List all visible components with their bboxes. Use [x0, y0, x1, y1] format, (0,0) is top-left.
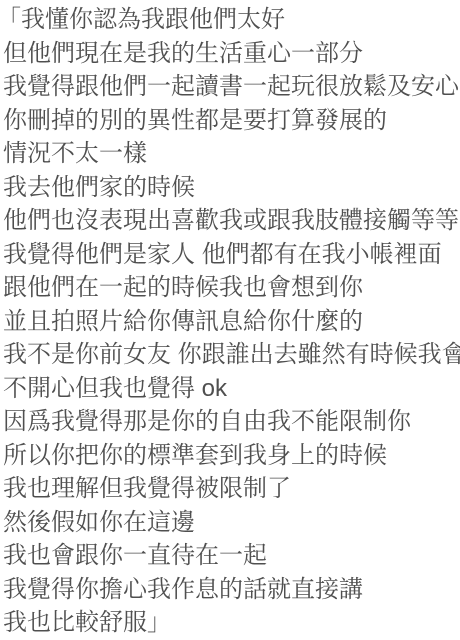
text-line: 我也理解但我覺得被限制了 — [3, 472, 458, 506]
text-line: 所以你把你的標準套到我身上的時候 — [3, 439, 458, 473]
message-text-block: 「我懂你認為我跟他們太好 但他們現在是我的生活重心一部分 我覺得跟他們一起讀書一… — [0, 0, 460, 640]
text-line: 我覺得跟他們一起讀書一起玩很放鬆及安心 — [3, 70, 458, 104]
text-line: 因爲我覺得那是你的自由我不能限制你 — [3, 405, 458, 439]
text-line: 我覺得他們是家人 他們都有在我小帳裡面 — [3, 238, 458, 272]
text-line: 我也比較舒服」 — [3, 606, 458, 640]
text-line: 我也會跟你一直待在一起 — [3, 539, 458, 573]
text-line: 跟他們在一起的時候我也會想到你 — [3, 271, 458, 305]
text-line: 他們也沒表現出喜歡我或跟我肢體接觸等等 — [3, 204, 458, 238]
text-line: 我覺得你擔心我作息的話就直接講 — [3, 573, 458, 607]
text-line: 不開心但我也覺得 ok — [3, 372, 458, 406]
text-line: 我去他們家的時候 — [3, 171, 458, 205]
text-line: 我不是你前女友 你跟誰出去雖然有時候我會 — [3, 338, 458, 372]
text-line: 情況不太一樣 — [3, 137, 458, 171]
text-line: 並且拍照片給你傳訊息給你什麼的 — [3, 305, 458, 339]
text-line: 「我懂你認為我跟他們太好 — [0, 3, 458, 37]
text-line: 但他們現在是我的生活重心一部分 — [3, 37, 458, 71]
text-line: 然後假如你在這邊 — [3, 506, 458, 540]
text-line: 你刪掉的別的異性都是要打算發展的 — [3, 104, 458, 138]
